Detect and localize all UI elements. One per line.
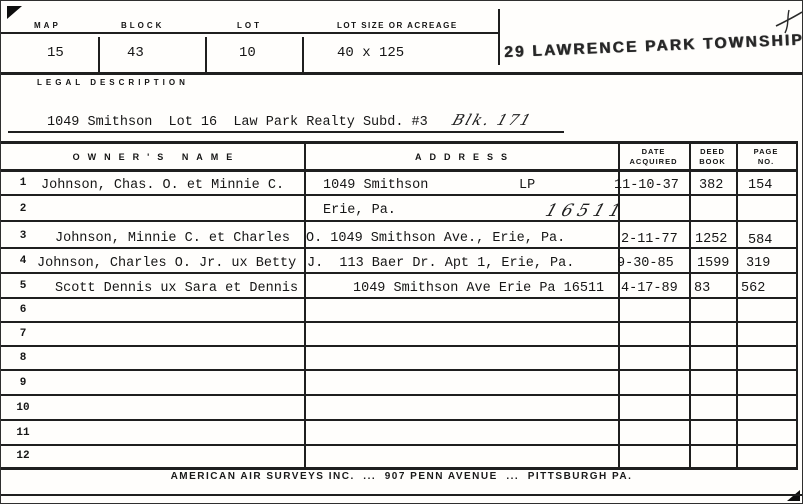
address-header: ADDRESS xyxy=(304,152,618,162)
table-bottom-border xyxy=(1,467,798,470)
owner-name: Johnson, Chas. O. et Minnie C. xyxy=(41,178,284,193)
date-acquired: 2-11-77 xyxy=(621,232,678,247)
corner-triangle-icon xyxy=(7,6,22,19)
map-value: 15 xyxy=(47,45,64,61)
date-header-line1: DATE xyxy=(642,147,666,156)
row-number: 11 xyxy=(11,427,35,439)
lot-size-value: 40 x 125 xyxy=(337,45,404,61)
owner-name: Johnson, Minnie C. et Charles xyxy=(55,231,290,246)
deed-header-line1: DEED xyxy=(700,147,725,156)
row-divider xyxy=(1,345,798,347)
row-number: 2 xyxy=(11,203,35,215)
legal-description-typed: 1049 Smithson Lot 16 Law Park Realty Sub… xyxy=(47,115,428,130)
row-divider xyxy=(1,321,798,323)
row-divider xyxy=(1,247,798,249)
block-value: 43 xyxy=(127,45,144,61)
owner-address: 1049 Smithson Ave Erie Pa 16511 xyxy=(353,281,604,296)
handwritten-zip: 16511 xyxy=(543,201,629,221)
page-header-line1: PAGE xyxy=(754,147,779,156)
page-no: 319 xyxy=(746,256,770,271)
page-no: 562 xyxy=(741,281,765,296)
divider xyxy=(1,72,803,75)
lot-size-label: LOT SIZE OR ACREAGE xyxy=(337,21,458,30)
map-label: MAP xyxy=(34,21,61,30)
deed-book: 1252 xyxy=(695,232,727,247)
page-no-header: PAGENO. xyxy=(736,147,796,166)
deed-book: 382 xyxy=(699,178,723,193)
address-note: LP xyxy=(519,178,535,193)
deed-book: 83 xyxy=(694,281,710,296)
deed-book: 1599 xyxy=(697,256,729,271)
row-number: 1 xyxy=(11,177,35,189)
property-record-card: MAP BLOCK LOT LOT SIZE OR ACREAGE 15 43 … xyxy=(0,0,803,504)
owner-address: 1049 Smithson xyxy=(323,178,428,193)
row-number: 5 xyxy=(11,280,35,292)
row-divider xyxy=(1,272,798,274)
row-divider xyxy=(1,220,798,222)
date-acquired: 4-17-89 xyxy=(621,281,678,296)
bottom-border xyxy=(1,494,803,496)
owner-address: Erie, Pa. xyxy=(323,203,396,218)
table-header-border xyxy=(1,169,798,172)
block-label: BLOCK xyxy=(121,21,164,30)
owner-name: Johnson, Charles O. Jr. ux Betty xyxy=(37,256,296,271)
row-divider xyxy=(1,419,798,421)
date-acquired-header: DATEACQUIRED xyxy=(618,147,689,166)
owner-name: Scott Dennis ux Sara et Dennis xyxy=(55,281,298,296)
row-divider xyxy=(1,369,798,371)
date-header-line2: ACQUIRED xyxy=(629,157,677,166)
owner-address: O. 1049 Smithson Ave., Erie, Pa. xyxy=(306,231,565,246)
page-no: 584 xyxy=(748,233,772,248)
owner-address: J. 113 Baer Dr. Apt 1, Erie, Pa. xyxy=(307,256,574,271)
divider xyxy=(205,37,207,72)
legal-description-label: LEGAL DESCRIPTION xyxy=(37,78,189,87)
divider xyxy=(1,32,498,34)
page-header-line2: NO. xyxy=(758,157,774,166)
row-divider xyxy=(1,297,798,299)
row-divider xyxy=(1,444,798,446)
date-acquired: 9-30-85 xyxy=(617,256,674,271)
row-number: 9 xyxy=(11,377,35,389)
deed-book-header: DEEDBOOK xyxy=(689,147,736,166)
owners-name-header: OWNER'S NAME xyxy=(1,152,304,162)
divider xyxy=(302,37,304,72)
row-divider xyxy=(1,394,798,396)
legal-description-handwritten: Blk. 171 xyxy=(450,111,535,129)
page-no: 154 xyxy=(748,178,772,193)
row-divider xyxy=(1,194,798,196)
divider xyxy=(8,131,564,133)
table-top-border xyxy=(1,141,798,144)
lot-label: LOT xyxy=(237,21,262,30)
lot-value: 10 xyxy=(239,45,256,61)
row-number: 4 xyxy=(11,255,35,267)
footer-imprint: AMERICAN AIR SURVEYS INC. ... 907 PENN A… xyxy=(1,471,802,482)
deed-header-line2: BOOK xyxy=(699,157,726,166)
divider xyxy=(498,9,500,65)
row-number: 8 xyxy=(11,352,35,364)
row-number: 12 xyxy=(11,450,35,462)
row-number: 6 xyxy=(11,304,35,316)
township-stamp: 29 LAWRENCE PARK TOWNSHIP xyxy=(504,32,799,62)
row-number: 10 xyxy=(11,402,35,414)
row-number: 3 xyxy=(11,230,35,242)
date-acquired: 11-10-37 xyxy=(614,178,679,193)
row-number: 7 xyxy=(11,328,35,340)
divider xyxy=(98,37,100,72)
